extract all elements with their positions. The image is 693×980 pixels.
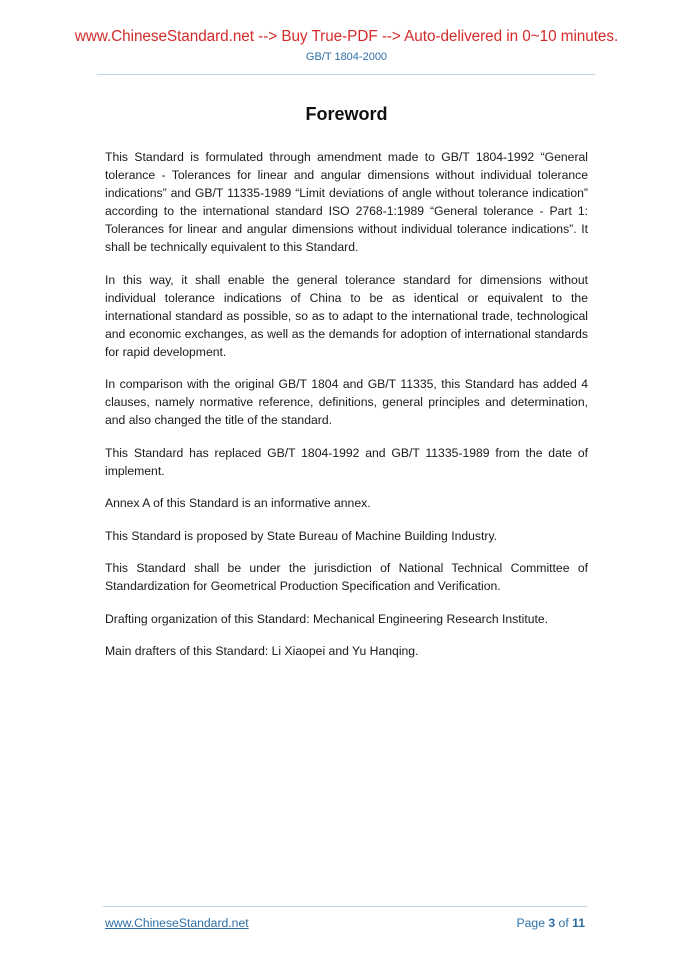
paragraph-purpose: In this way, it shall enable the general…: [105, 271, 588, 361]
foreword-body: This Standard is formulated through amen…: [105, 148, 588, 675]
document-id: GB/T 1804-2000: [0, 51, 693, 63]
page-indicator: Page 3 of 11: [517, 916, 585, 930]
paragraph-drafters: Main drafters of this Standard: Li Xiaop…: [105, 642, 588, 660]
footer-divider: [103, 906, 587, 907]
page-of-label: of: [559, 916, 569, 930]
paragraph-comparison: In comparison with the original GB/T 180…: [105, 375, 588, 429]
page-title: Foreword: [0, 104, 693, 125]
total-pages-number: 11: [572, 916, 585, 930]
paragraph-proposer: This Standard is proposed by State Burea…: [105, 527, 588, 545]
paragraph-annex: Annex A of this Standard is an informati…: [105, 494, 588, 512]
paragraph-formulation: This Standard is formulated through amen…: [105, 148, 588, 256]
page-label: Page: [517, 916, 545, 930]
paragraph-replacement: This Standard has replaced GB/T 1804-199…: [105, 444, 588, 480]
paragraph-drafting-organization: Drafting organization of this Standard: …: [105, 610, 588, 628]
paragraph-jurisdiction: This Standard shall be under the jurisdi…: [105, 559, 588, 595]
current-page-number: 3: [548, 916, 555, 930]
header-divider: [97, 74, 595, 75]
footer-website-link[interactable]: www.ChineseStandard.net: [105, 916, 249, 930]
promo-banner[interactable]: www.ChineseStandard.net --> Buy True-PDF…: [0, 28, 693, 46]
